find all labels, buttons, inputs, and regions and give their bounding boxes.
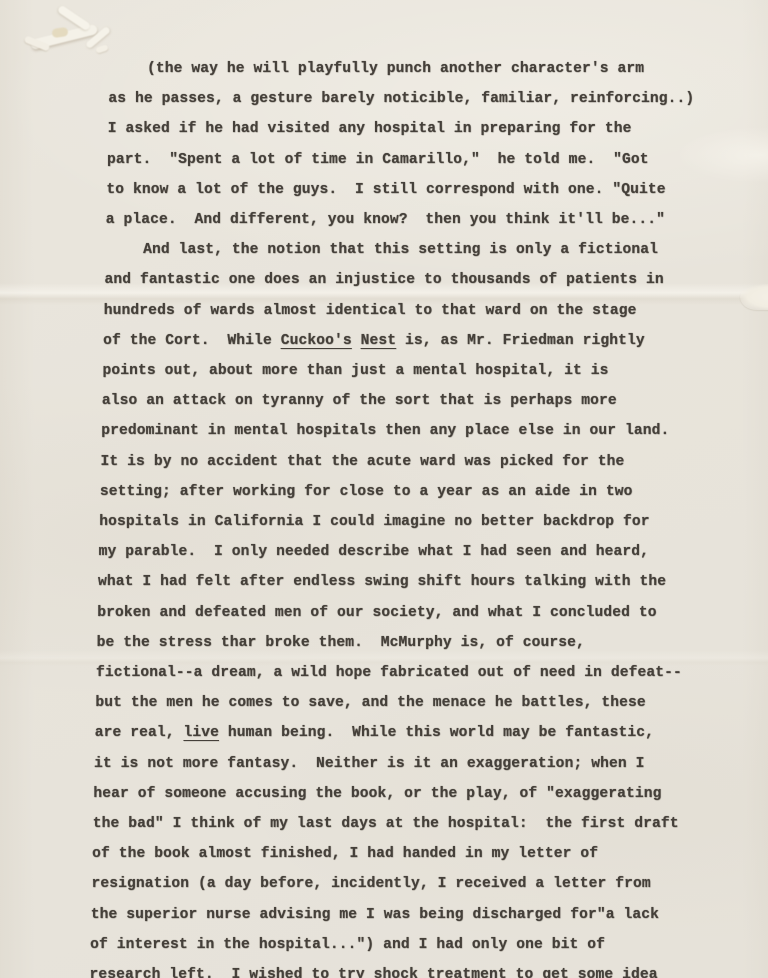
typed-text: the superior nurse advising me I was bei…	[91, 907, 659, 923]
typed-text: of the book almost finished, I had hande…	[92, 846, 598, 862]
typed-line: It is by no accident that the acute ward…	[101, 455, 625, 470]
typed-line: part. "Spent a lot of time in Camarillo,…	[107, 153, 649, 168]
typed-text: the bad" I think of my last days at the …	[93, 816, 679, 832]
typed-text: (the way he will playfully punch another…	[147, 61, 644, 77]
typed-line: also an attack on tyranny of the sort th…	[102, 394, 617, 409]
typed-line: of the book almost finished, I had hande…	[92, 847, 598, 862]
typed-text: And last, the notion that this setting i…	[143, 242, 658, 258]
typed-text: also an attack on tyranny of the sort th…	[102, 393, 617, 409]
typed-line: as he passes, a gesture barely noticible…	[108, 92, 694, 107]
typed-text: It is by no accident that the acute ward…	[101, 454, 625, 470]
typed-text: part. "Spent a lot of time in Camarillo,…	[107, 152, 649, 168]
typed-line: of interest in the hospital...") and I h…	[90, 938, 605, 953]
typed-line: (the way he will playfully punch another…	[147, 62, 644, 77]
typed-line: to know a lot of the guys. I still corre…	[106, 183, 665, 198]
typed-text: of interest in the hospital...") and I h…	[90, 937, 605, 953]
typed-text: human being. While this world may be fan…	[219, 725, 654, 741]
typed-text: is, as Mr. Friedman rightly	[396, 333, 645, 349]
typed-line: research left. I wished to try shock tre…	[90, 968, 658, 978]
typed-line: are real, live human being. While this w…	[95, 726, 654, 741]
typed-text	[352, 333, 361, 349]
typed-text: hospitals in California I could imagine …	[99, 514, 649, 530]
typed-line: hear of someone accusing the book, or th…	[93, 787, 661, 802]
typed-text: it is not more fantasy. Neither is it an…	[94, 756, 644, 772]
typed-text: but the men he comes to save, and the me…	[95, 695, 645, 711]
underlined-text: Nest	[361, 333, 397, 349]
typed-text: and fantastic one does an injustice to t…	[104, 272, 663, 288]
typed-line: the superior nurse advising me I was bei…	[91, 908, 659, 923]
typed-text: to know a lot of the guys. I still corre…	[106, 182, 665, 198]
typed-line: a place. And different, you know? then y…	[106, 213, 665, 228]
typed-line: and fantastic one does an injustice to t…	[104, 273, 663, 288]
typed-line: points out, about more than just a menta…	[103, 364, 609, 379]
typed-text: fictional--a dream, a wild hope fabricat…	[96, 665, 682, 681]
typed-text: points out, about more than just a menta…	[103, 363, 609, 379]
typed-line: the bad" I think of my last days at the …	[93, 817, 679, 832]
underlined-text: live	[183, 725, 219, 741]
typed-text: as he passes, a gesture barely noticible…	[108, 91, 694, 107]
typed-text: of the Cort. While	[103, 333, 281, 349]
typed-line: setting; after working for close to a ye…	[100, 485, 633, 500]
typed-line: And last, the notion that this setting i…	[143, 243, 658, 258]
underlined-text: Cuckoo's	[281, 333, 352, 349]
typed-line: hundreds of wards almost identical to th…	[104, 304, 637, 319]
typed-line: broken and defeated men of our society, …	[97, 606, 656, 621]
typed-line: be the stress thar broke them. McMurphy …	[97, 636, 585, 651]
typed-text-block: (the way he will playfully punch another…	[0, 0, 768, 978]
typed-text: predominant in mental hospitals then any…	[101, 423, 669, 439]
scanned-typewritten-page: (the way he will playfully punch another…	[0, 0, 768, 978]
typed-line: I asked if he had visited any hospital i…	[108, 122, 632, 137]
typed-line: hospitals in California I could imagine …	[99, 515, 649, 530]
typed-text: research left. I wished to try shock tre…	[90, 967, 658, 978]
typed-line: what I had felt after endless swing shif…	[98, 575, 666, 590]
typed-text: my parable. I only needed describe what …	[99, 544, 649, 560]
typed-text: be the stress thar broke them. McMurphy …	[97, 635, 585, 651]
typed-line: predominant in mental hospitals then any…	[101, 424, 669, 439]
typed-text: broken and defeated men of our society, …	[97, 605, 656, 621]
typed-text: what I had felt after endless swing shif…	[98, 574, 666, 590]
typed-line: my parable. I only needed describe what …	[99, 545, 649, 560]
typed-text: setting; after working for close to a ye…	[100, 484, 633, 500]
typed-line: fictional--a dream, a wild hope fabricat…	[96, 666, 682, 681]
typed-line: resignation (a day before, incidently, I…	[91, 877, 650, 892]
typed-text: are real,	[95, 725, 184, 741]
typed-line: of the Cort. While Cuckoo's Nest is, as …	[103, 334, 645, 349]
typed-text: hundreds of wards almost identical to th…	[104, 303, 637, 319]
typed-text: resignation (a day before, incidently, I…	[91, 876, 650, 892]
typed-text: a place. And different, you know? then y…	[106, 212, 665, 228]
typed-line: but the men he comes to save, and the me…	[95, 696, 645, 711]
typed-line: it is not more fantasy. Neither is it an…	[94, 757, 644, 772]
typed-text: hear of someone accusing the book, or th…	[93, 786, 661, 802]
typed-text: I asked if he had visited any hospital i…	[108, 121, 632, 137]
